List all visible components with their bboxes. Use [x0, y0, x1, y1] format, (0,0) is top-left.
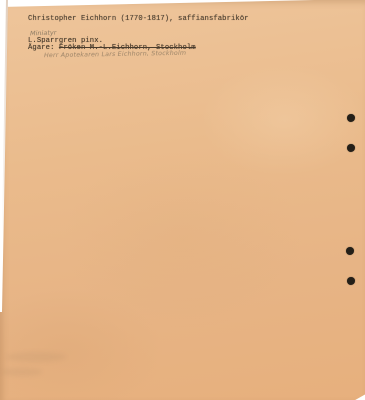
card-title: Christopher Eichhorn (1770-1817), saffia… [28, 15, 249, 23]
punch-hole-dot [346, 247, 354, 255]
scanned-archive-card: Christopher Eichhorn (1770-1817), saffia… [0, 0, 365, 400]
show-through-smudge [6, 352, 66, 362]
card-paper [0, 0, 365, 400]
show-through-smudge [2, 368, 42, 376]
punch-hole-dot [347, 277, 355, 285]
owner-label: Ägare: [28, 44, 59, 52]
punch-hole-dot [347, 114, 355, 122]
punch-hole-dot [347, 144, 355, 152]
